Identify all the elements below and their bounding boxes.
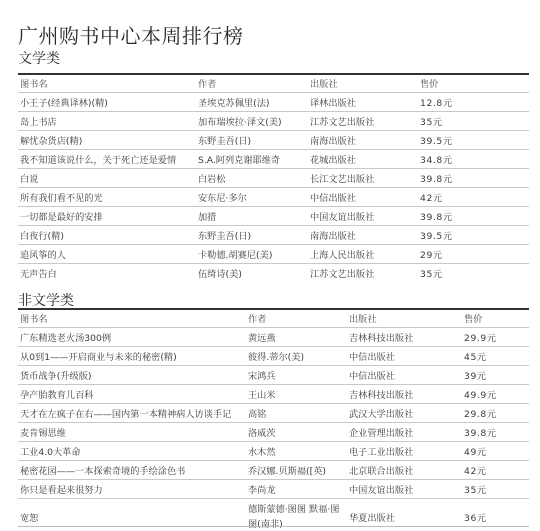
book-price: 45元 (462, 346, 529, 365)
table-row: 秘密花园——一本探索奇境的手绘涂色书 乔汉娜.贝斯福([英) 北京联合出版社 4… (18, 460, 529, 479)
nonfiction-section-title: 非文学类 (18, 290, 74, 310)
book-title: 天才在左疯子在右——国内第一本精神病人访谈手记 (18, 403, 246, 422)
fiction-section-title: 文学类 (18, 48, 60, 68)
book-publisher: 中信出版社 (347, 365, 462, 384)
book-author: 加布瑞埃拉·泽文(美) (196, 111, 308, 130)
book-title: 麦肯锡思维 (18, 422, 246, 441)
book-publisher: 吉林科技出版社 (347, 327, 462, 346)
nonfiction-table: 图书名 作者 出版社 售价 广东精选老火汤300例 黄远燕 吉林科技出版社 29… (18, 308, 529, 531)
book-price: 42元 (418, 187, 529, 206)
book-price: 49.9元 (462, 384, 529, 403)
table-row: 无声告白 伍绮诗(美) 江苏文艺出版社 35元 (18, 263, 529, 282)
header-price: 售价 (462, 309, 529, 327)
book-title: 无声告白 (18, 263, 196, 282)
fiction-table: 图书名 作者 出版社 售价 小王子(经典译林)(精) 圣埃克苏佩里(法) 译林出… (18, 73, 529, 282)
book-title: 小王子(经典译林)(精) (18, 92, 196, 111)
book-author: 李尚龙 (246, 479, 347, 498)
book-author: 彼得.蒂尔(美) (246, 346, 347, 365)
table-row: 你只是看起来很努力 李尚龙 中国友谊出版社 35元 (18, 479, 529, 498)
table-row: 白夜行(精) 东野圭吾(日) 南海出版社 39.5元 (18, 225, 529, 244)
book-price: 34.8元 (418, 149, 529, 168)
book-title: 我不知道该说什么，关于死亡还是爱情 (18, 149, 196, 168)
header-publisher: 出版社 (347, 309, 462, 327)
header-title: 图书名 (18, 74, 196, 92)
book-publisher: 南海出版社 (308, 225, 418, 244)
book-author: 乔汉娜.贝斯福([英) (246, 460, 347, 479)
book-price: 42元 (462, 460, 529, 479)
table-row: 解忧杂货店(精) 东野圭吾(日) 南海出版社 39.5元 (18, 130, 529, 149)
book-price: 29.8元 (462, 403, 529, 422)
book-price: 35元 (418, 263, 529, 282)
book-author: 安东尼·多尔 (196, 187, 308, 206)
table-row: 工业4.0大革命 水木然 电子工业出版社 49元 (18, 441, 529, 460)
table-row: 岛上书店 加布瑞埃拉·泽文(美) 江苏文艺出版社 35元 (18, 111, 529, 130)
book-publisher: 花城出版社 (308, 149, 418, 168)
book-title: 岛上书店 (18, 111, 196, 130)
book-author: 东野圭吾(日) (196, 225, 308, 244)
table-row: 货币战争(升级版) 宋鸿兵 中信出版社 39元 (18, 365, 529, 384)
bestseller-page: 广州购书中心本周排行榜 文学类 图书名 作者 出版社 售价 小王子(经典译林)(… (0, 0, 540, 531)
book-publisher: 南海出版社 (308, 130, 418, 149)
book-price: 39.8元 (418, 206, 529, 225)
table-row: 广东精选老火汤300例 黄远燕 吉林科技出版社 29.9元 (18, 327, 529, 346)
header-price: 售价 (418, 74, 529, 92)
book-author: 东野圭吾(日) (196, 130, 308, 149)
book-price: 35元 (462, 479, 529, 498)
book-author: 洛威茨 (246, 422, 347, 441)
book-publisher: 译林出版社 (308, 92, 418, 111)
table-row: 孕产胎教育儿百科 王山米 吉林科技出版社 49.9元 (18, 384, 529, 403)
book-publisher: 企业管理出版社 (347, 422, 462, 441)
book-author: 圣埃克苏佩里(法) (196, 92, 308, 111)
book-price: 35元 (418, 111, 529, 130)
book-title: 广东精选老火汤300例 (18, 327, 246, 346)
book-publisher: 中信出版社 (347, 346, 462, 365)
page-title: 广州购书中心本周排行榜 (18, 20, 244, 49)
table-row: 一切都是最好的安排 加措 中国友谊出版社 39.8元 (18, 206, 529, 225)
book-title: 工业4.0大革命 (18, 441, 246, 460)
book-price: 39.8元 (462, 422, 529, 441)
book-publisher: 江苏文艺出版社 (308, 263, 418, 282)
book-author: 卡勒德.胡赛尼(美) (196, 244, 308, 263)
book-price: 29元 (418, 244, 529, 263)
book-publisher: 长江文艺出版社 (308, 168, 418, 187)
book-price: 39.8元 (418, 168, 529, 187)
table-row: 小王子(经典译林)(精) 圣埃克苏佩里(法) 译林出版社 12.8元 (18, 92, 529, 111)
book-price: 12.8元 (418, 92, 529, 111)
book-title: 解忧杂货店(精) (18, 130, 196, 149)
table-row: 从0到1——开启商业与未来的秘密(精) 彼得.蒂尔(美) 中信出版社 45元 (18, 346, 529, 365)
book-publisher: 中国友谊出版社 (347, 479, 462, 498)
book-title: 孕产胎教育儿百科 (18, 384, 246, 403)
header-author: 作者 (196, 74, 308, 92)
table-row: 麦肯锡思维 洛威茨 企业管理出版社 39.8元 (18, 422, 529, 441)
book-title: 货币战争(升级版) (18, 365, 246, 384)
book-title: 白说 (18, 168, 196, 187)
table-row: 天才在左疯子在右——国内第一本精神病人访谈手记 高铭 武汉大学出版社 29.8元 (18, 403, 529, 422)
book-publisher: 上海人民出版社 (308, 244, 418, 263)
book-author: 高铭 (246, 403, 347, 422)
book-publisher: 北京联合出版社 (347, 460, 462, 479)
book-publisher: 吉林科技出版社 (347, 384, 462, 403)
book-price: 39.5元 (418, 130, 529, 149)
book-price: 49元 (462, 441, 529, 460)
book-author: 宋鸿兵 (246, 365, 347, 384)
book-author: 水木然 (246, 441, 347, 460)
book-publisher: 电子工业出版社 (347, 441, 462, 460)
book-publisher: 江苏文艺出版社 (308, 111, 418, 130)
table-row: 白说 白岩松 长江文艺出版社 39.8元 (18, 168, 529, 187)
bottom-divider (18, 526, 529, 527)
table-header-row: 图书名 作者 出版社 售价 (18, 74, 529, 92)
table-header-row: 图书名 作者 出版社 售价 (18, 309, 529, 327)
book-publisher: 武汉大学出版社 (347, 403, 462, 422)
book-title: 你只是看起来很努力 (18, 479, 246, 498)
book-author: 白岩松 (196, 168, 308, 187)
book-price: 29.9元 (462, 327, 529, 346)
table-row: 所有我们看不见的光 安东尼·多尔 中信出版社 42元 (18, 187, 529, 206)
book-author: S.A.阿列克谢耶维奇 (196, 149, 308, 168)
header-title: 图书名 (18, 309, 246, 327)
book-publisher: 中国友谊出版社 (308, 206, 418, 225)
book-title: 白夜行(精) (18, 225, 196, 244)
book-price: 39.5元 (418, 225, 529, 244)
header-publisher: 出版社 (308, 74, 418, 92)
header-author: 作者 (246, 309, 347, 327)
book-title: 追风筝的人 (18, 244, 196, 263)
book-author: 伍绮诗(美) (196, 263, 308, 282)
book-title: 从0到1——开启商业与未来的秘密(精) (18, 346, 246, 365)
book-title: 一切都是最好的安排 (18, 206, 196, 225)
book-publisher: 中信出版社 (308, 187, 418, 206)
table-row: 我不知道该说什么，关于死亡还是爱情 S.A.阿列克谢耶维奇 花城出版社 34.8… (18, 149, 529, 168)
book-author: 加措 (196, 206, 308, 225)
book-author: 黄远燕 (246, 327, 347, 346)
book-author: 王山米 (246, 384, 347, 403)
book-price: 39元 (462, 365, 529, 384)
table-row: 追风筝的人 卡勒德.胡赛尼(美) 上海人民出版社 29元 (18, 244, 529, 263)
book-title: 秘密花园——一本探索奇境的手绘涂色书 (18, 460, 246, 479)
book-title: 所有我们看不见的光 (18, 187, 196, 206)
